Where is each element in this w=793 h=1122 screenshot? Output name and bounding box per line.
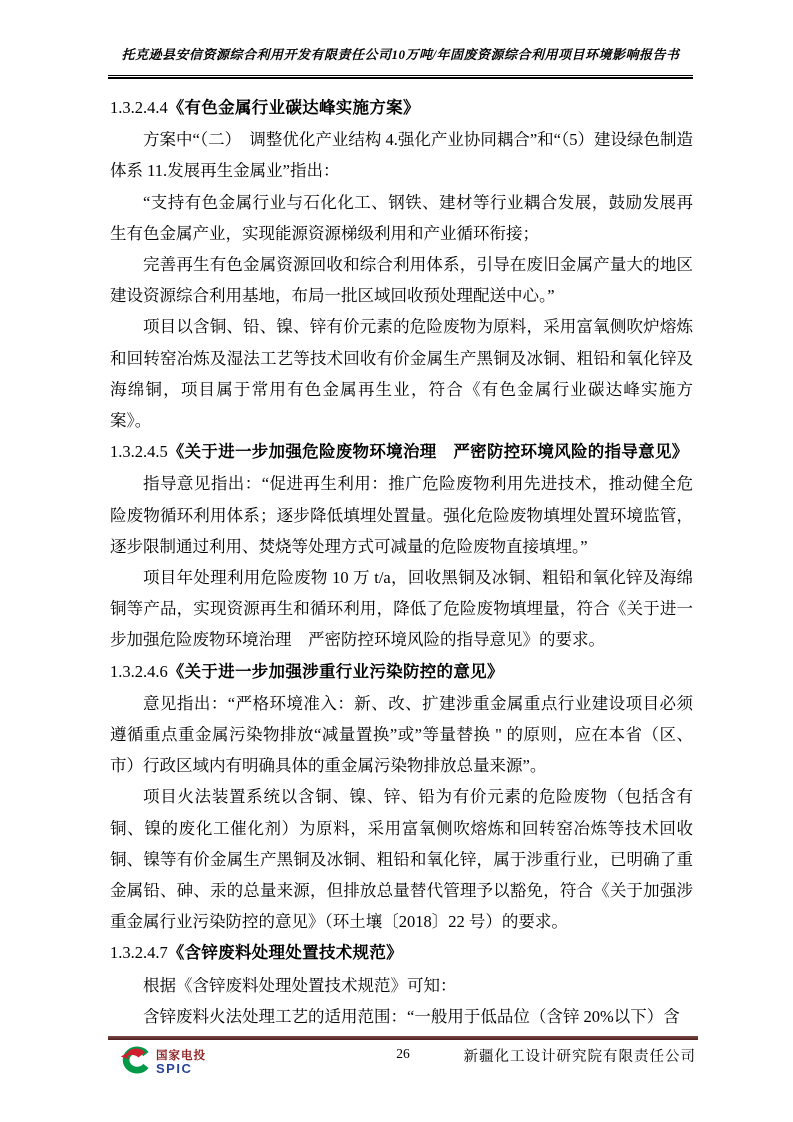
- document-body: 1.3.2.4.4《有色金属行业碳达峰实施方案》 方案中“（二） 调整优化产业结…: [110, 92, 693, 1032]
- section-heading-1.3.2.4.5: 1.3.2.4.5《关于进一步加强危险废物环境治理 严密防控环境风险的指导意见》: [110, 436, 693, 468]
- section-title: 《有色金属行业碳达峰实施方案》: [168, 99, 420, 117]
- section-title: 《关于进一步加强危险废物环境治理 严密防控环境风险的指导意见》: [168, 443, 689, 461]
- paragraph: 指导意见指出：“促进再生利用：推广危险废物利用先进技术，推动健全危险废物循环利用…: [110, 468, 693, 562]
- section-number: 1.3.2.4.7: [110, 943, 168, 962]
- section-title: 《含锌废料处理处置技术规范》: [168, 944, 403, 962]
- header-rule: [108, 75, 693, 79]
- paragraph: 项目年处理利用危险废物 10 万 t/a，回收黑铜及冰铜、粗铅和氧化锌及海绵铜等…: [110, 562, 693, 656]
- section-heading-1.3.2.4.7: 1.3.2.4.7《含锌废料处理处置技术规范》: [110, 937, 693, 969]
- footer-rule: [108, 1036, 698, 1040]
- page-footer: 国家电投 SPIC 26 新疆化工设计研究院有限责任公司: [108, 1042, 698, 1090]
- section-number: 1.3.2.4.4: [110, 98, 168, 117]
- paragraph: “支持有色金属行业与石化化工、钢铁、建材等行业耦合发展，鼓励发展再生有色金属产业…: [110, 187, 693, 249]
- section-heading-1.3.2.4.6: 1.3.2.4.6《关于进一步加强涉重行业污染防控的意见》: [110, 656, 693, 688]
- section-number: 1.3.2.4.6: [110, 662, 168, 681]
- section-title: 《关于进一步加强涉重行业污染防控的意见》: [168, 663, 504, 681]
- paragraph: 根据《含锌废料处理处置技术规范》可知：: [110, 970, 693, 1001]
- section-heading-1.3.2.4.4: 1.3.2.4.4《有色金属行业碳达峰实施方案》: [110, 92, 693, 124]
- report-header-title: 托克逊县安信资源综合利用开发有限责任公司10万吨/年固废资源综合利用项目环境影响…: [108, 44, 693, 63]
- paragraph: 方案中“（二） 调整优化产业结构 4.强化产业协同耦合”和“（5）建设绿色制造体…: [110, 124, 693, 186]
- paragraph: 项目火法装置系统以含铜、镍、锌、铅为有价元素的危险废物（包括含有铜、镍的废化工催…: [110, 781, 693, 937]
- paragraph: 含锌废料火法处理工艺的适用范围：“一般用于低品位（含锌 20%以下）含: [110, 1001, 693, 1032]
- paragraph: 项目以含铜、铅、镍、锌有价元素的危险废物为原料，采用富氧侧吹炉熔炼和回转窑冶炼及…: [110, 311, 693, 436]
- footer-company-name: 新疆化工设计研究院有限责任公司: [464, 1045, 697, 1066]
- section-number: 1.3.2.4.5: [110, 442, 168, 461]
- spic-logo-en: SPIC: [156, 1062, 206, 1076]
- document-page: { "header": { "title": "托克逊县安信资源综合利用开发有限…: [0, 0, 793, 1122]
- paragraph: 完善再生有色金属资源回收和综合利用体系，引导在废旧金属产量大的地区建设资源综合利…: [110, 249, 693, 311]
- paragraph: 意见指出：“严格环境准入：新、改、扩建涉重金属重点行业建设项目必须遵循重点重金属…: [110, 688, 693, 782]
